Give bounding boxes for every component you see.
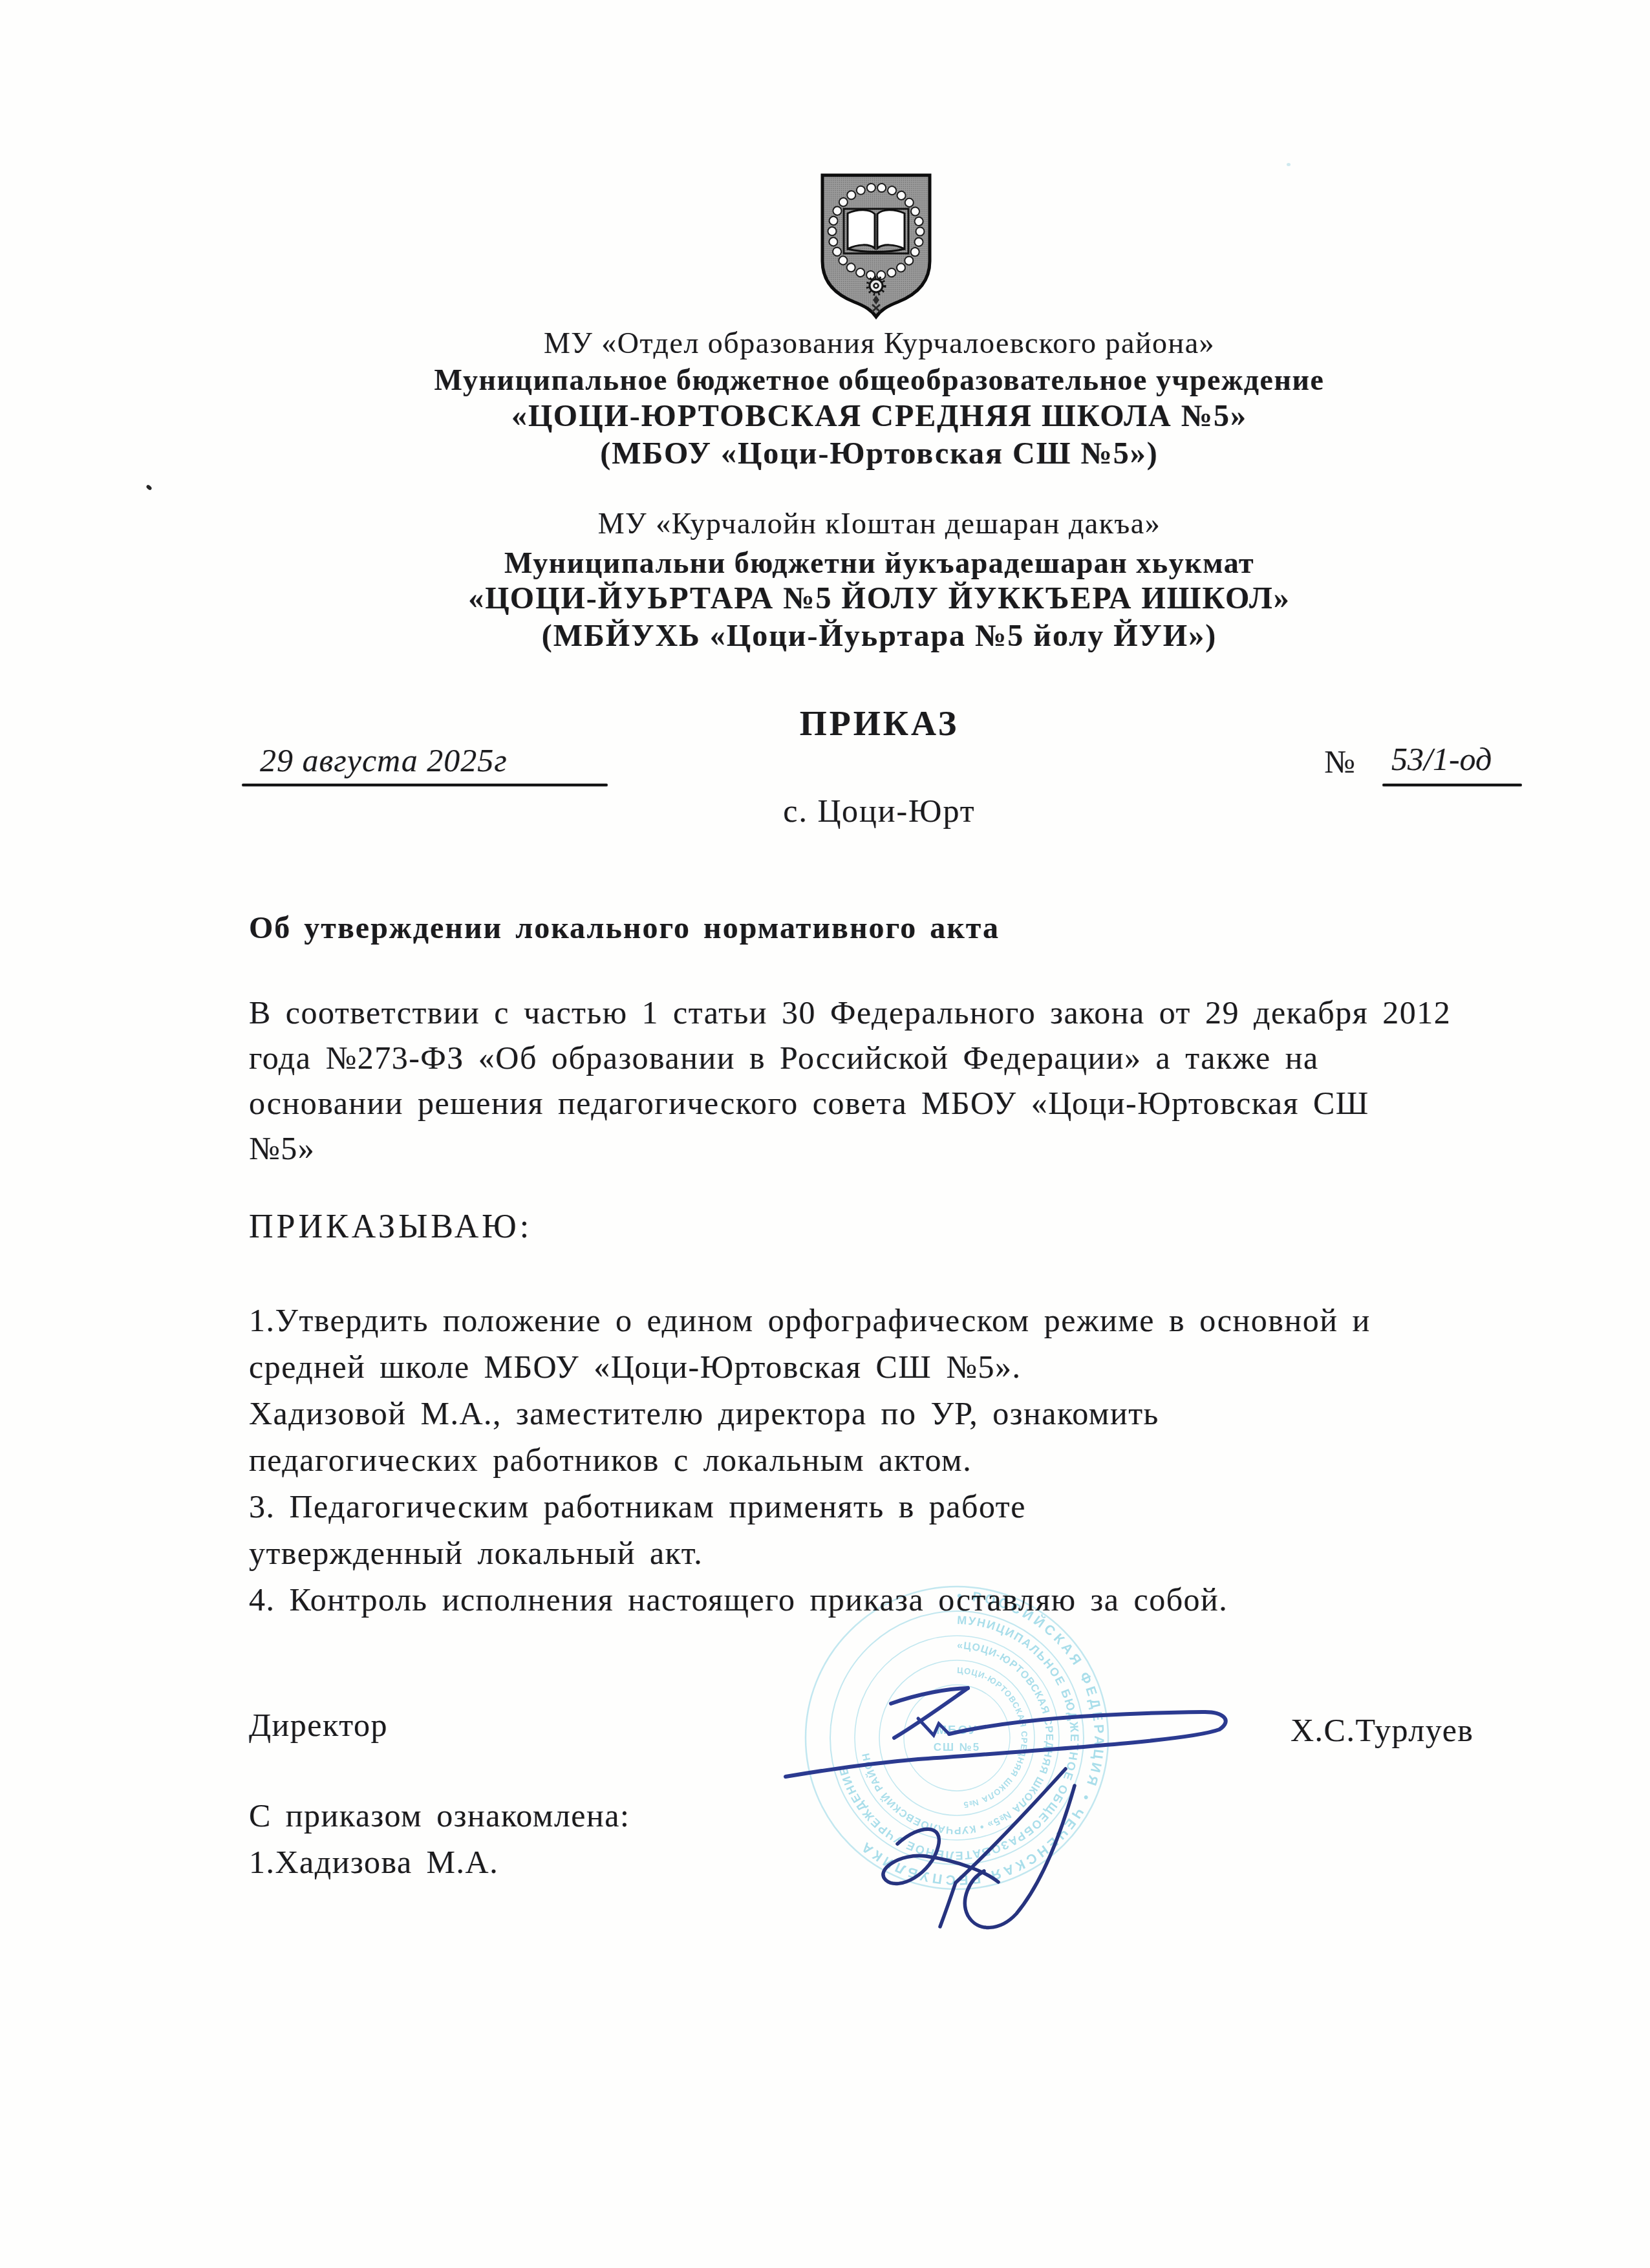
- director-name: Х.С.Турлуев: [1291, 1712, 1473, 1749]
- order-number: 53/1-од: [1391, 741, 1492, 778]
- scan-speck: [1287, 163, 1291, 166]
- order-item-line: 1.Утвердить положение о едином орфографи…: [249, 1302, 1371, 1340]
- order-title: ПРИКАЗ: [194, 703, 1565, 744]
- preamble-line: основании решения педагогического совета…: [249, 1085, 1369, 1122]
- order-item-line: утвержденный локальный акт.: [249, 1535, 703, 1572]
- number-underline: [1382, 784, 1522, 786]
- letterhead-ru-school-name: «ЦОЦИ-ЮРТОВСКАЯ СРЕДНЯЯ ШКОЛА №5»: [194, 398, 1565, 434]
- order-item-line: средней школе МБОУ «Цоци-Юртовская СШ №5…: [249, 1349, 1021, 1386]
- letterhead-che-school-name: «ЦОЦИ-ЙУЬРТАРА №5 ЙОЛУ ЙУККЪЕРА ИШКОЛ»: [194, 581, 1565, 616]
- letterhead-ru-school-short: (МБОУ «Цоци-Юртовская СШ №5»): [194, 436, 1565, 471]
- order-date: 29 августа 2025г: [260, 742, 508, 780]
- decree-word: ПРИКАЗЫВАЮ:: [249, 1208, 532, 1246]
- ack-signature: [860, 1746, 1119, 1940]
- letterhead-ru-dept: МУ «Отдел образования Курчалоевского рай…: [194, 326, 1565, 361]
- number-sign: №: [1324, 744, 1355, 781]
- letterhead-che-dept: МУ «Курчалойн кIоштан дешаран дакъа»: [194, 507, 1565, 541]
- order-item-line: Хадизовой М.А., заместителю директора по…: [249, 1395, 1159, 1433]
- order-subject: Об утверждении локального нормативного а…: [249, 910, 1000, 946]
- ack-label: С приказом ознакомлена:: [249, 1797, 630, 1835]
- date-underline: [242, 784, 608, 786]
- preamble-line: №5»: [249, 1130, 315, 1168]
- preamble-line: года №273-ФЗ «Об образовании в Российско…: [249, 1040, 1319, 1077]
- scan-speck: [145, 484, 153, 491]
- letterhead-ru-org-type: Муниципальное бюджетное общеобразователь…: [194, 363, 1565, 398]
- school-crest: [819, 172, 933, 319]
- scanned-order-document: МУ «Отдел образования Курчалоевского рай…: [0, 0, 1650, 2268]
- order-item-line: 3. Педагогическим работникам применять в…: [249, 1488, 1026, 1526]
- order-place: с. Цоци-Юрт: [194, 793, 1565, 830]
- letterhead-che-school-short: (МБЙУХЬ «Цоци-Йуьртара №5 йолу ЙУИ»): [194, 618, 1565, 654]
- preamble-line: В соответствии с частью 1 статьи 30 Феде…: [249, 994, 1451, 1032]
- order-item-line: педагогических работников с локальным ак…: [249, 1442, 972, 1479]
- letterhead-che-org-type: Муниципальни бюджетни йукъарадешаран хьу…: [194, 546, 1565, 581]
- director-label: Директор: [249, 1707, 388, 1744]
- ack-name: 1.Хадизова М.А.: [249, 1844, 498, 1881]
